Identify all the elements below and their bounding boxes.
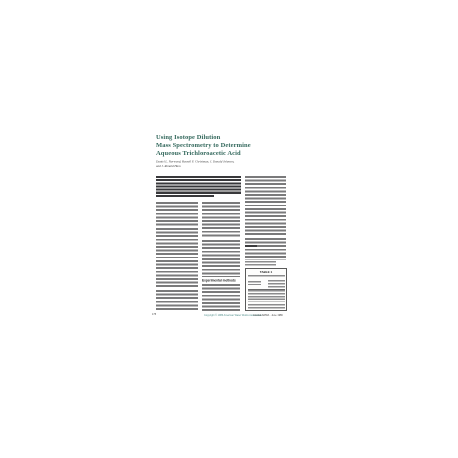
title-line-3: Aqueous Trichloroacetic Acid xyxy=(156,149,286,157)
paragraph-block xyxy=(156,260,198,288)
table-header-rule xyxy=(248,289,285,290)
paragraph-block xyxy=(156,290,198,311)
paragraph-block xyxy=(245,176,286,206)
paragraph-block xyxy=(156,202,198,226)
table-stub-header-block xyxy=(248,281,261,285)
page-title: Using Isotope Dilution Mass Spectrometry… xyxy=(156,133,286,157)
journal-page: Using Isotope Dilution Mass Spectrometry… xyxy=(0,0,458,458)
paragraph-block xyxy=(245,208,286,236)
footer-page-number: 175 xyxy=(152,313,156,316)
paragraph-block xyxy=(156,228,198,258)
section-heading-experimental: Experimental methods xyxy=(202,279,458,282)
table-reference-note xyxy=(245,261,276,266)
footer-journal-line: Journal AWWA · June 1986 xyxy=(253,314,283,317)
authors-line-2: and J. Ronald Hass xyxy=(156,164,273,168)
paragraph-block xyxy=(245,238,286,260)
abstract-lastline-gap xyxy=(214,194,241,197)
paragraph-block xyxy=(202,240,240,277)
table-1: TABLE 1 xyxy=(245,268,287,311)
author-byline: Daniel L. Norwood, Russell F. Christman,… xyxy=(156,160,273,168)
table-column-headers-block xyxy=(268,280,285,288)
title-line-2: Mass Spectrometry to Determine xyxy=(156,141,286,149)
table-footnotes-block xyxy=(248,304,285,310)
table-subtitle-block xyxy=(248,275,285,278)
paragraph-block xyxy=(202,284,240,311)
table-rows-block xyxy=(248,290,285,302)
paragraph-block xyxy=(202,202,240,238)
title-line-1: Using Isotope Dilution xyxy=(156,133,286,141)
table-1-title: TABLE 1 xyxy=(246,271,286,274)
